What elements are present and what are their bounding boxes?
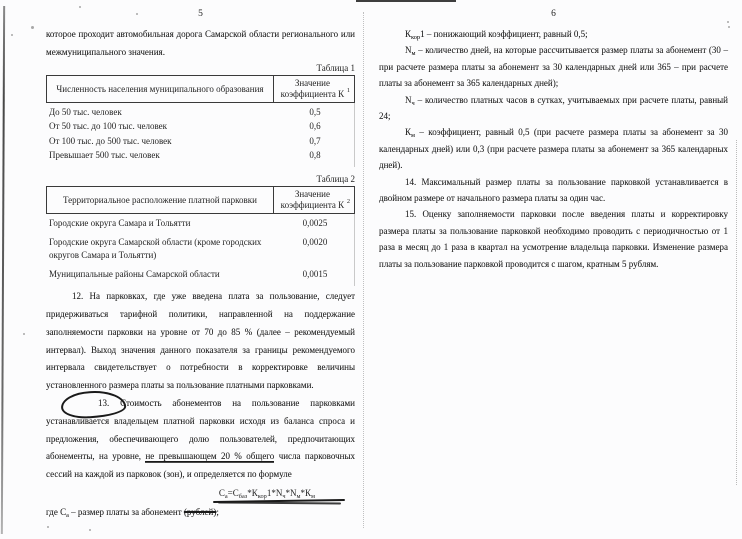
pen-circle-annotation: 13.: [72, 395, 109, 413]
row-label: От 100 тыс. до 500 тыс. человек: [46, 135, 275, 148]
paragraph-13: 13. Стоимость абонементов на пользование…: [46, 395, 355, 484]
scanned-document: 5 которое проходит автомобильная дорога …: [0, 0, 742, 539]
scan-artifact-top-line: [356, 0, 456, 2]
row-label: От 50 тыс. до 100 тыс. человек: [46, 120, 275, 133]
formula-definition-line: где Са – размер платы за абонемент (рубл…: [46, 505, 355, 519]
scan-noise-dot: [11, 34, 13, 36]
table-row: До 50 тыс. человек 0,5: [46, 106, 355, 119]
table1-caption: Таблица 1: [46, 62, 355, 74]
intro-paragraph: которое проходит автомобильная дорога Са…: [46, 26, 355, 61]
subscript: м: [411, 132, 415, 139]
subscript: ч: [412, 100, 415, 107]
scan-artifact-right-edge: [736, 140, 737, 485]
population-coefficient-table: Численность населения муниципального обр…: [46, 75, 355, 162]
paragraph: Ккор1 – понижающий коэффициент, равный 0…: [379, 26, 728, 42]
table-row: Городские округа Самара и Тольятти 0,002…: [46, 217, 355, 230]
subscript: м: [296, 493, 300, 500]
subscript: кор: [411, 34, 420, 41]
row-value: 0,0015: [275, 268, 355, 281]
paragraph: 14. Максимальный размер платы за пользов…: [379, 174, 728, 207]
paragraph-12: 12. На парковках, где уже введена плата …: [46, 288, 355, 395]
location-coefficient-table: Территориальное расположение платной пар…: [46, 186, 355, 281]
subscript: м: [412, 50, 416, 57]
paragraph: Nм – количество дней, на которые рассчит…: [379, 42, 728, 91]
scan-noise-dot: [23, 333, 25, 335]
page-5: 5 которое проходит автомобильная дорога …: [46, 8, 355, 519]
scan-noise-dot: [31, 26, 34, 29]
row-value: 0,7: [275, 135, 355, 148]
row-label: Муниципальные районы Самарской области: [46, 268, 275, 281]
table-body: Городские округа Самара и Тольятти 0,002…: [46, 214, 355, 281]
row-label: Превышает 500 тыс. человек: [46, 149, 275, 162]
table-body: До 50 тыс. человек 0,5 От 50 тыс. до 100…: [46, 103, 355, 162]
paragraph: Км – коэффициент, равный 0,5 (при расчет…: [379, 124, 728, 173]
table-row: Муниципальные районы Самарской области 0…: [46, 268, 355, 281]
table2-col2-header: Значение коэффициента К2: [274, 187, 354, 213]
paragraph: 15. Оценку заполняемости парковки после …: [379, 206, 728, 272]
table-header-row: Территориальное расположение платной пар…: [46, 186, 355, 214]
page-divider: [363, 12, 364, 528]
table-header-row: Численность населения муниципального обр…: [46, 75, 355, 103]
scan-artifact-left-edge: [1, 6, 5, 534]
row-value: 0,5: [275, 106, 355, 119]
scan-noise-dot: [89, 529, 91, 531]
scan-noise-dot: [728, 26, 730, 28]
subscript: баз: [239, 493, 248, 500]
row-value: 0,0025: [275, 217, 355, 230]
page-number: 5: [46, 8, 355, 21]
subscript: м: [311, 493, 315, 500]
subscript: а: [225, 493, 228, 500]
table1-col1-header: Численность населения муниципального обр…: [47, 76, 274, 102]
row-label: Городские округа Самара и Тольятти: [46, 217, 275, 230]
paragraph: Nч – количество платных часов в сутках, …: [379, 92, 728, 125]
row-label: До 50 тыс. человек: [46, 106, 275, 119]
table2-col1-header: Территориальное расположение платной пар…: [47, 187, 274, 213]
row-value: 0,6: [275, 120, 355, 133]
table1-col2-header: Значение коэффициента К1: [274, 76, 354, 102]
scan-noise-dot: [47, 526, 49, 528]
subscript: а: [66, 512, 69, 519]
pen-strike-annotation: (рублей): [184, 507, 216, 517]
table-row: От 50 тыс. до 100 тыс. человек 0,6: [46, 120, 355, 133]
subscript: кор: [258, 493, 267, 500]
page-number: 6: [379, 8, 728, 21]
pen-underline-annotation: не превышающем 20 % общего: [145, 451, 274, 463]
table-row: От 100 тыс. до 500 тыс. человек 0,7: [46, 135, 355, 148]
table-row: Городские округа Самарской области (кром…: [46, 236, 355, 262]
page-6-body: Ккор1 – понижающий коэффициент, равный 0…: [379, 26, 728, 272]
table-row: Превышает 500 тыс. человек 0,8: [46, 149, 355, 162]
table2-caption: Таблица 2: [46, 173, 355, 185]
row-value: 0,0020: [275, 236, 355, 262]
row-value: 0,8: [275, 149, 355, 162]
page-6: 6 Ккор1 – понижающий коэффициент, равный…: [379, 8, 728, 272]
subscription-price-formula: Са=Сбаз*Ккор1*Nч*Nм*Км: [219, 487, 315, 500]
subscript: ч: [282, 493, 285, 500]
row-label: Городские округа Самарской области (кром…: [46, 236, 275, 262]
